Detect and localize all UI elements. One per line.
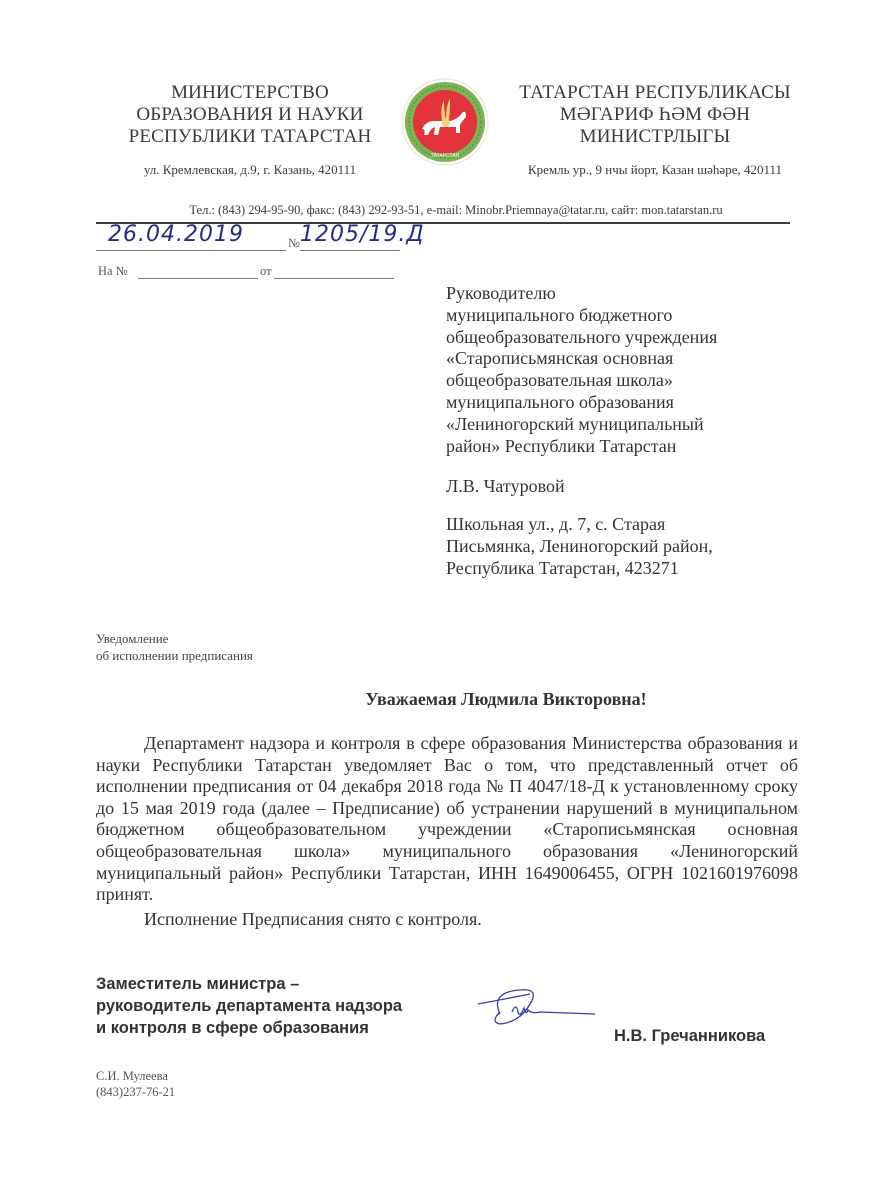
ministry-name-line: МИНИСТРЛЫГЫ: [500, 126, 810, 148]
date-underline: [96, 250, 286, 251]
ministry-name-line: МӘГАРИФ ҺӘМ ФӘН: [500, 104, 810, 126]
recipient-line: муниципального образования: [446, 392, 786, 414]
recipient-line: Руководителю: [446, 283, 786, 305]
ministry-name-line: ОБРАЗОВАНИЯ И НАУКИ: [100, 104, 400, 126]
ministry-address-tatar: Кремль ур., 9 нчы йорт, Казан шәһәре, 42…: [500, 162, 810, 178]
body-paragraph: Департамент надзора и контроля в сфере о…: [96, 733, 798, 906]
ministry-name-line: РЕСПУБЛИКИ ТАТАРСТАН: [100, 126, 400, 148]
recipient-line: «Старописьмянская основная: [446, 348, 786, 370]
recipient-address-line: Школьная ул., д. 7, с. Старая: [446, 514, 786, 536]
subject-line: Уведомление: [96, 630, 253, 647]
recipient-line: район» Республики Татарстан: [446, 436, 786, 458]
ministry-name-russian: МИНИСТЕРСТВО ОБРАЗОВАНИЯ И НАУКИ РЕСПУБЛ…: [100, 82, 400, 178]
recipient-block: Руководителю муниципального бюджетного о…: [446, 283, 786, 580]
recipient-address-line: Письмянка, Лениногорский район,: [446, 536, 786, 558]
reply-number-underline: [138, 278, 258, 279]
handwritten-signature-icon: [470, 982, 600, 1042]
executor-phone: (843)237-76-21: [96, 1084, 175, 1100]
letter-body: Департамент надзора и контроля в сфере о…: [96, 733, 798, 930]
registration-date: 26.04.2019: [108, 222, 244, 247]
signer-name: Н.В. Гречанникова: [614, 1027, 765, 1046]
reply-from-label: от: [260, 264, 272, 279]
contact-info: Тел.: (843) 294-95-90, факс: (843) 292-9…: [96, 203, 816, 218]
letter-subject: Уведомление об исполнении предписания: [96, 630, 253, 664]
signer-title-line: и контроля в сфере образования: [96, 1017, 456, 1039]
recipient-line: муниципального бюджетного: [446, 305, 786, 327]
recipient-line: общеобразовательная школа»: [446, 370, 786, 392]
reply-number-label: На №: [98, 264, 128, 279]
subject-line: об исполнении предписания: [96, 647, 253, 664]
ministry-address-russian: ул. Кремлевская, д.9, г. Казань, 420111: [100, 162, 400, 178]
recipient-line: общеобразовательного учреждения: [446, 327, 786, 349]
tatarstan-emblem-icon: ТАТАРСТАН: [400, 77, 490, 167]
svg-text:ТАТАРСТАН: ТАТАРСТАН: [431, 153, 460, 159]
recipient-name: Л.В. Чатуровой: [446, 476, 786, 498]
recipient-address-line: Республика Татарстан, 423271: [446, 558, 786, 580]
signer-title-line: Заместитель министра –: [96, 973, 456, 995]
ministry-name-line: ТАТАРСТАН РЕСПУБЛИКАСЫ: [500, 82, 810, 104]
recipient-line: «Лениногорский муниципальный: [446, 414, 786, 436]
executor-name: С.И. Мулеева: [96, 1068, 175, 1084]
signer-title-line: руководитель департамента надзора: [96, 995, 456, 1017]
number-label: №: [288, 236, 300, 251]
executor-info: С.И. Мулеева (843)237-76-21: [96, 1068, 175, 1100]
ministry-name-tatar: ТАТАРСТАН РЕСПУБЛИКАСЫ МӘГАРИФ ҺӘМ ФӘН М…: [500, 82, 810, 178]
registration-number: 1205/19.Д: [300, 222, 425, 247]
reply-from-underline: [274, 278, 394, 279]
ministry-name-line: МИНИСТЕРСТВО: [100, 82, 400, 104]
number-underline: [300, 250, 400, 251]
signer-title: Заместитель министра – руководитель депа…: [96, 973, 456, 1039]
salutation: Уважаемая Людмила Викторовна!: [0, 689, 872, 710]
body-paragraph: Исполнение Предписания снято с контроля.: [96, 909, 798, 931]
